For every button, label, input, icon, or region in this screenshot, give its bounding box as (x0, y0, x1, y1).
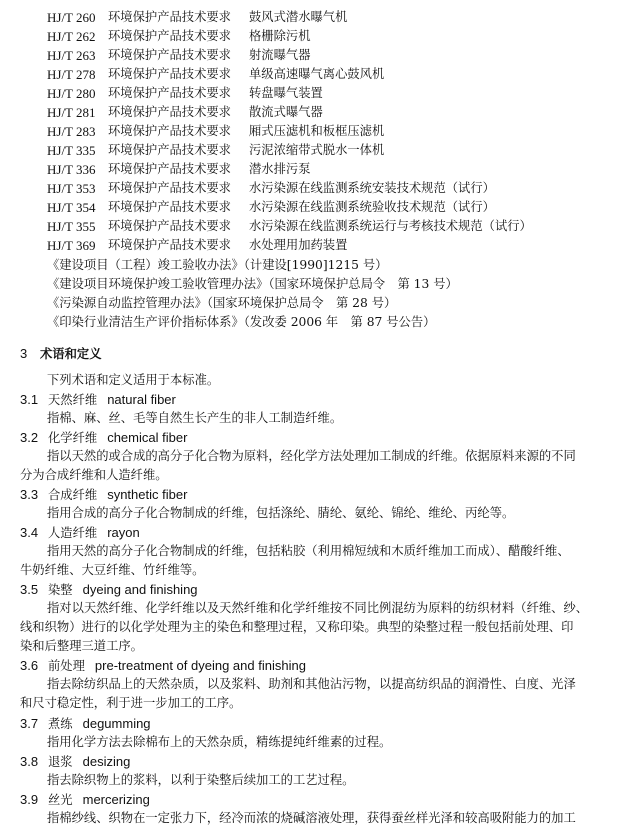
standard-row: HJ/T 283 环境保护产品技术要求 厢式压滤机和板框压滤机 (0, 122, 628, 141)
standard-row: HJ/T 336 环境保护产品技术要求 潜水排污泵 (0, 160, 628, 179)
standard-title: 水处理用加药装置 (249, 236, 347, 255)
standard-title: 单级高速曝气离心鼓风机 (249, 65, 384, 84)
term-heading: 3.1天然纤维natural fiber (20, 390, 176, 410)
term-heading: 3.8退浆desizing (20, 752, 130, 772)
term-number: 3.3 (20, 485, 48, 504)
term-zh: 丝光 (48, 793, 73, 807)
term-definition: 指去除织物上的浆料，以利于染整后续加工的工艺过程。 (47, 771, 354, 790)
standard-row: HJ/T 278 环境保护产品技术要求 单级高速曝气离心鼓风机 (0, 65, 628, 84)
section-heading: 3术语和定义 (20, 344, 102, 364)
term-zh: 煮练 (48, 717, 73, 731)
term-definition: 指去除纺织品上的天然杂质，以及浆料、助剂和其他沾污物，以提高纺织品的润滑性、白度… (47, 675, 576, 694)
standard-title: 水污染源在线监测系统验收技术规范（试行） (249, 198, 495, 217)
standard-code: HJ/T 369 (47, 236, 96, 255)
term-definition: 线和织物）进行的以化学处理为主的染色和整理过程，又称印染。典型的染整过程一般包括… (20, 618, 573, 637)
standard-row: HJ/T 281 环境保护产品技术要求 散流式曝气器 (0, 103, 628, 122)
term-definition: 指用天然的高分子化合物制成的纤维，包括粘胶（利用棉短绒和木质纤维加工而成）、醋酸… (47, 542, 570, 561)
standard-row: HJ/T 280 环境保护产品技术要求 转盘曝气装置 (0, 84, 628, 103)
standard-category: 环境保护产品技术要求 (108, 84, 231, 103)
term-number: 3.5 (20, 580, 48, 599)
section-intro: 下列术语和定义适用于本标准。 (47, 371, 219, 390)
standard-code: HJ/T 281 (47, 103, 96, 122)
term-en: natural fiber (107, 392, 176, 407)
term-en: chemical fiber (107, 430, 187, 445)
standard-title: 水污染源在线监测系统安装技术规范（试行） (249, 179, 495, 198)
term-en: desizing (83, 754, 131, 769)
standard-category: 环境保护产品技术要求 (108, 46, 231, 65)
standard-code: HJ/T 260 (47, 8, 96, 27)
standard-code: HJ/T 280 (47, 84, 96, 103)
term-definition: 指用化学方法去除棉布上的天然杂质，精练提纯纤维素的过程。 (47, 733, 391, 752)
term-number: 3.8 (20, 752, 48, 771)
term-en: pre-treatment of dyeing and finishing (95, 658, 306, 673)
reference-item: 《建设项目环境保护竣工验收管理办法》（国家环境保护总局令 第 13 号） (47, 275, 458, 294)
term-number: 3.4 (20, 523, 48, 542)
term-zh: 化学纤维 (48, 431, 97, 445)
term-number: 3.2 (20, 428, 48, 447)
standard-title: 鼓风式潜水曝气机 (249, 8, 347, 27)
term-heading: 3.5染整dyeing and finishing (20, 580, 198, 600)
term-definition: 和尺寸稳定性，利于进一步加工的工序。 (20, 694, 241, 713)
term-number: 3.9 (20, 790, 48, 809)
standard-category: 环境保护产品技术要求 (108, 217, 231, 236)
reference-item: 《建设项目（工程）竣工验收办法》（计建设[1990]1215 号） (47, 256, 387, 275)
standard-code: HJ/T 354 (47, 198, 96, 217)
standard-row: HJ/T 354 环境保护产品技术要求 水污染源在线监测系统验收技术规范（试行） (0, 198, 628, 217)
term-zh: 合成纤维 (48, 488, 97, 502)
term-number: 3.6 (20, 656, 48, 675)
standard-category: 环境保护产品技术要求 (108, 65, 231, 84)
section-title: 术语和定义 (40, 347, 102, 361)
standard-row: HJ/T 263 环境保护产品技术要求 射流曝气器 (0, 46, 628, 65)
standard-code: HJ/T 263 (47, 46, 96, 65)
term-en: rayon (107, 525, 140, 540)
standard-code: HJ/T 335 (47, 141, 96, 160)
term-zh: 退浆 (48, 755, 73, 769)
standard-row: HJ/T 355 环境保护产品技术要求 水污染源在线监测系统运行与考核技术规范（… (0, 217, 628, 236)
standard-title: 格栅除污机 (249, 27, 311, 46)
term-heading: 3.2化学纤维chemical fiber (20, 428, 187, 448)
term-zh: 染整 (48, 583, 73, 597)
standard-title: 潜水排污泵 (249, 160, 311, 179)
standard-code: HJ/T 262 (47, 27, 96, 46)
standard-title: 厢式压滤机和板框压滤机 (249, 122, 384, 141)
reference-item: 《污染源自动监控管理办法》（国家环境保护总局令 第 28 号） (47, 294, 396, 313)
reference-item: 《印染行业清洁生产评价指标体系》（发改委 2006 年 第 87 号公告） (47, 313, 435, 332)
term-zh: 天然纤维 (48, 393, 97, 407)
term-definition: 指用合成的高分子化合物制成的纤维，包括涤纶、腈纶、氨纶、锦纶、维纶、丙纶等。 (47, 504, 514, 523)
standard-category: 环境保护产品技术要求 (108, 8, 231, 27)
term-definition: 牛奶纤维、大豆纤维、竹纤维等。 (20, 561, 204, 580)
term-zh: 人造纤维 (48, 526, 97, 540)
standard-code: HJ/T 336 (47, 160, 96, 179)
standard-title: 散流式曝气器 (249, 103, 323, 122)
standard-category: 环境保护产品技术要求 (108, 198, 231, 217)
term-heading: 3.7煮练degumming (20, 714, 151, 734)
term-heading: 3.6前处理pre-treatment of dyeing and finish… (20, 656, 306, 676)
term-en: mercerizing (83, 792, 150, 807)
standard-title: 转盘曝气装置 (249, 84, 323, 103)
term-definition: 染和后整理三道工序。 (20, 637, 143, 656)
term-en: dyeing and finishing (83, 582, 198, 597)
standard-category: 环境保护产品技术要求 (108, 103, 231, 122)
term-heading: 3.3合成纤维synthetic fiber (20, 485, 187, 505)
term-number: 3.7 (20, 714, 48, 733)
standard-row: HJ/T 353 环境保护产品技术要求 水污染源在线监测系统安装技术规范（试行） (0, 179, 628, 198)
standard-code: HJ/T 355 (47, 217, 96, 236)
standard-title: 射流曝气器 (249, 46, 311, 65)
standard-row: HJ/T 335 环境保护产品技术要求 污泥浓缩带式脱水一体机 (0, 141, 628, 160)
standard-title: 水污染源在线监测系统运行与考核技术规范（试行） (249, 217, 532, 236)
standard-row: HJ/T 262 环境保护产品技术要求 格栅除污机 (0, 27, 628, 46)
term-number: 3.1 (20, 390, 48, 409)
term-heading: 3.4人造纤维rayon (20, 523, 140, 543)
standard-code: HJ/T 278 (47, 65, 96, 84)
standard-category: 环境保护产品技术要求 (108, 141, 231, 160)
term-heading: 3.9丝光mercerizing (20, 790, 150, 810)
standard-category: 环境保护产品技术要求 (108, 179, 231, 198)
term-en: synthetic fiber (107, 487, 187, 502)
standard-title: 污泥浓缩带式脱水一体机 (249, 141, 384, 160)
term-en: degumming (83, 716, 151, 731)
section-number: 3 (20, 344, 40, 363)
standard-category: 环境保护产品技术要求 (108, 160, 231, 179)
term-definition: 指以天然的或合成的高分子化合物为原料，经化学方法处理加工制成的纤维。依据原料来源… (47, 447, 576, 466)
term-definition: 指棉纱线、织物在一定张力下，经冷而浓的烧碱溶液处理，获得蚕丝样光泽和较高吸附能力… (47, 809, 576, 828)
term-definition: 指棉、麻、丝、毛等自然生长产生的非人工制造纤维。 (47, 409, 342, 428)
document-page: HJ/T 260 环境保护产品技术要求 鼓风式潜水曝气机 HJ/T 262 环境… (0, 0, 628, 830)
standard-code: HJ/T 353 (47, 179, 96, 198)
standard-code: HJ/T 283 (47, 122, 96, 141)
standard-category: 环境保护产品技术要求 (108, 236, 231, 255)
standard-row: HJ/T 260 环境保护产品技术要求 鼓风式潜水曝气机 (0, 8, 628, 27)
standard-row: HJ/T 369 环境保护产品技术要求 水处理用加药装置 (0, 236, 628, 255)
term-definition: 分为合成纤维和人造纤维。 (20, 466, 168, 485)
term-definition: 指对以天然纤维、化学纤维以及天然纤维和化学纤维按不同比例混纺为原料的纺织材料（纤… (47, 599, 588, 618)
standard-category: 环境保护产品技术要求 (108, 122, 231, 141)
standard-category: 环境保护产品技术要求 (108, 27, 231, 46)
term-zh: 前处理 (48, 659, 85, 673)
